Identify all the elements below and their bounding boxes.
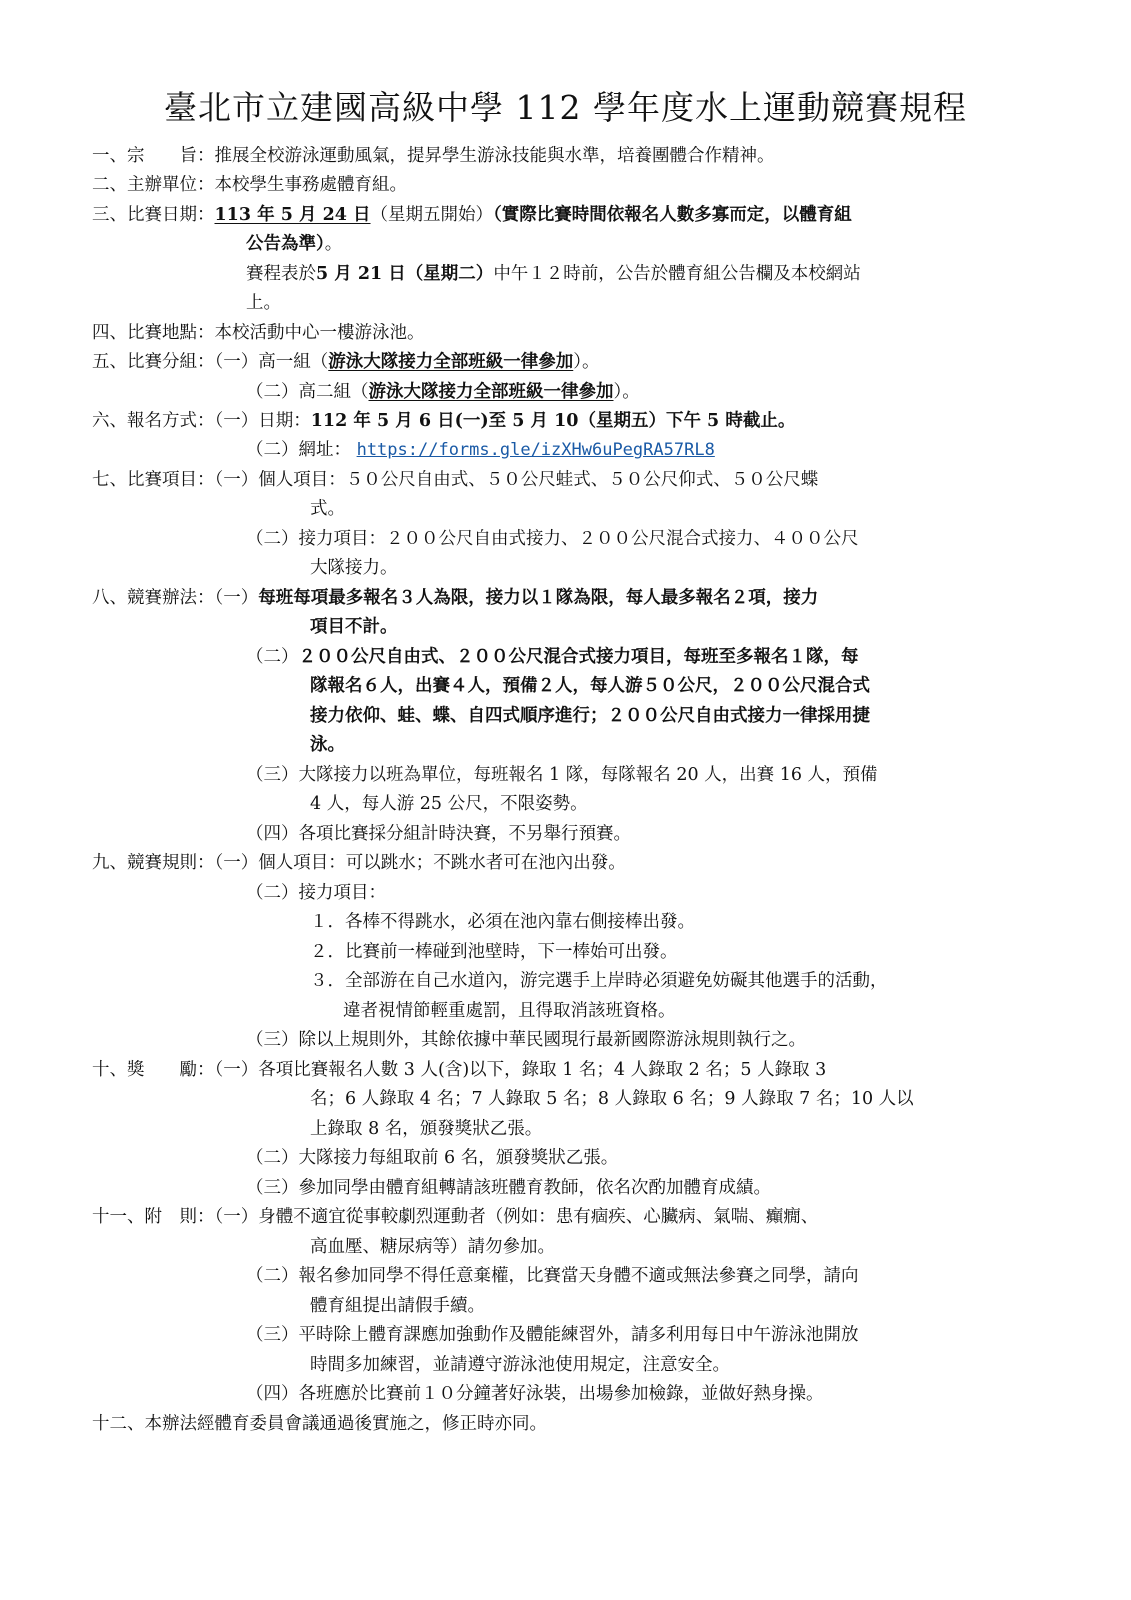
item-index: （三） — [246, 765, 299, 785]
item-text-cont: 泳。 — [310, 735, 345, 755]
section-label: 十、獎 勵： — [92, 1060, 215, 1080]
item-text: 網址： — [299, 440, 352, 460]
section-text: 本校活動中心一樓游泳池。 — [215, 323, 425, 343]
item-text: 接力項目：２００公尺自由式接力、２００公尺混合式接力、４００公尺 — [299, 529, 859, 549]
awards-item: （二）大隊接力每組取前 6 名，頒發獎狀乙張。 — [246, 1143, 618, 1173]
section-supplementary: 十一、附 則：（一）身體不適宜從事較劇烈運動者（例如：患有痼疾、心臟病、氣喘、癲… — [92, 1202, 818, 1232]
item-text: 高二組（ — [299, 382, 369, 402]
item-text: 身體不適宜從事較劇烈運動者（例如：患有痼疾、心臟病、氣喘、癲癇、 — [258, 1207, 818, 1227]
registration-form-link[interactable]: https://forms.gle/izXHw6uPegRA57RL8 — [357, 440, 715, 460]
section-awards: 十、獎 勵：（一）各項比賽報名人數 3 人(含)以下，錄取 1 名；4 人錄取 … — [92, 1055, 826, 1085]
item-index: （一） — [215, 1060, 259, 1080]
item-text-cont: 高血壓、糖尿病等）請勿參加。 — [310, 1232, 555, 1262]
supplementary-item: （三）平時除上體育課應加強動作及體能練習外，請多利用每日中午游泳池開放 — [246, 1320, 859, 1350]
relay-rule: ２．比賽前一棒碰到池壁時，下一棒始可出發。 — [310, 937, 678, 967]
item-index: （三） — [246, 1030, 299, 1050]
item-text-cont: 上錄取 8 名，頒發獎狀乙張。 — [310, 1114, 542, 1144]
item-text: 除以上規則外，其餘依據中華民國現行最新國際游泳規則執行之。 — [299, 1030, 807, 1050]
item-text-cont: 項目不計。 — [310, 617, 398, 637]
item-index: （二） — [246, 529, 299, 549]
rule-text: ．全部游在自己水道內，游完選手上岸時必須避免妨礙其他選手的活動， — [328, 971, 888, 991]
item-index: （二） — [246, 1266, 299, 1286]
rule-text: ．各棒不得跳水，必須在池內靠右側接棒出發。 — [328, 912, 696, 932]
punctuation: ）。 — [573, 352, 599, 372]
item-text: 各班應於比賽前１０分鐘著好泳裝，出場參加檢錄，並做好熱身操。 — [299, 1384, 824, 1404]
item-text-cont: 隊報名６人，出賽４人，預備２人，每人游５０公尺，２００公尺混合式 — [310, 676, 870, 696]
item-index: （一） — [215, 853, 259, 873]
method-item: （四）各項比賽採分組計時決賽，不另舉行預賽。 — [246, 819, 631, 849]
item-text: 個人項目：５０公尺自由式、５０公尺蛙式、５０公尺仰式、５０公尺蝶 — [258, 470, 818, 490]
item-index: （二） — [246, 883, 299, 903]
section-label: 一、宗 旨： — [92, 146, 215, 166]
rule-number: ２ — [310, 942, 328, 962]
section-closing: 十二、本辦法經體育委員會議通過後實施之，修正時亦同。 — [92, 1409, 547, 1439]
item-index: （一） — [215, 588, 259, 608]
item-index: （三） — [246, 1325, 299, 1345]
section-date: 三、比賽日期：113 年 5 月 24 日（星期五開始）（實際比賽時間依報名人數… — [92, 200, 852, 230]
competition-date: 113 年 5 月 24 日 — [215, 205, 371, 225]
section-date-cont: 公告為準）。 — [246, 229, 342, 259]
section-text: 推展全校游泳運動風氣，提昇學生游泳技能與水準，培養團體合作精神。 — [215, 146, 775, 166]
item-text: 各項比賽報名人數 3 人(含)以下，錄取 1 名；4 人錄取 2 名；5 人錄取… — [258, 1060, 826, 1080]
rule-text: ．比賽前一棒碰到池壁時，下一棒始可出發。 — [328, 942, 678, 962]
section-label: 九、競賽規則： — [92, 853, 215, 873]
method-item: （二）２００公尺自由式、２００公尺混合式接力項目，每班至多報名１隊，每 — [246, 642, 859, 672]
section-method: 八、競賽辦法：（一）每班每項最多報名３人為限，接力以１隊為限，每人最多報名２項，… — [92, 583, 818, 613]
date-bold-note-2: 公告為準） — [246, 234, 325, 254]
section-venue: 四、比賽地點：本校活動中心一樓游泳池。 — [92, 318, 425, 348]
section-label: 六、報名方式： — [92, 411, 215, 431]
supplementary-item: （二）報名參加同學不得任意棄權，比賽當天身體不適或無法參賽之同學，請向 — [246, 1261, 859, 1291]
item-text-cont: 名；6 人錄取 4 名；7 人錄取 5 名；8 人錄取 6 名；9 人錄取 7 … — [310, 1084, 914, 1114]
item-index: （二） — [246, 382, 299, 402]
rule-text-cont: 違者視情節輕重處罰，且得取消該班資格。 — [343, 996, 676, 1026]
group-item: （二）高二組（游泳大隊接力全部班級一律參加）。 — [246, 377, 640, 407]
item-index: （四） — [246, 1384, 299, 1404]
registration-link-row: （二）網址： https://forms.gle/izXHw6uPegRA57R… — [246, 435, 715, 465]
method-item: （三）大隊接力以班為單位，每班報名 1 隊，每隊報名 20 人，出賽 16 人，… — [246, 760, 878, 790]
section-text: 本校學生事務處體育組。 — [215, 175, 408, 195]
item-text-cont: 體育組提出請假手續。 — [310, 1291, 485, 1321]
section-events: 七、比賽項目：（一）個人項目：５０公尺自由式、５０公尺蛙式、５０公尺仰式、５０公… — [92, 465, 818, 495]
item-text: 平時除上體育課應加強動作及體能練習外，請多利用每日中午游泳池開放 — [299, 1325, 859, 1345]
item-index: （二） — [246, 440, 299, 460]
item-text: 每班每項最多報名３人為限，接力以１隊為限，每人最多報名２項，接力 — [258, 588, 818, 608]
section-label: 四、比賽地點： — [92, 323, 215, 343]
item-text: 個人項目：可以跳水；不跳水者可在池內出發。 — [258, 853, 626, 873]
section-purpose: 一、宗 旨：推展全校游泳運動風氣，提昇學生游泳技能與水準，培養團體合作精神。 — [92, 141, 775, 171]
section-label: 二、主辦單位： — [92, 175, 215, 195]
item-text: 各項比賽採分組計時決賽，不另舉行預賽。 — [299, 824, 632, 844]
item-emphasis: 游泳大隊接力全部班級一律參加 — [369, 382, 614, 402]
section-label: 三、比賽日期： — [92, 205, 215, 225]
item-index: （三） — [246, 1178, 299, 1198]
section-label: 五、比賽分組： — [92, 352, 215, 372]
schedule-note: 賽程表於5 月 21 日（星期二）中午１２時前，公告於體育組公告欄及本校網站 — [246, 259, 861, 289]
item-index: （一） — [215, 470, 259, 490]
item-text-cont: 式。 — [310, 494, 345, 524]
section-rules: 九、競賽規則：（一）個人項目：可以跳水；不跳水者可在池內出發。 — [92, 848, 626, 878]
rule-number: ３ — [310, 971, 328, 991]
item-text-cont: 4 人，每人游 25 公尺，不限姿勢。 — [310, 789, 588, 819]
awards-item: （三）參加同學由體育組轉請該班體育教師，依名次酌加體育成績。 — [246, 1173, 771, 1203]
item-index: （一） — [215, 1207, 259, 1227]
item-text: 接力項目： — [299, 883, 387, 903]
date-note: （星期五開始） — [371, 205, 494, 225]
section-label: 七、比賽項目： — [92, 470, 215, 490]
rules-item: （三）除以上規則外，其餘依據中華民國現行最新國際游泳規則執行之。 — [246, 1025, 806, 1055]
relay-rule: １．各棒不得跳水，必須在池內靠右側接棒出發。 — [310, 907, 695, 937]
item-emphasis: 游泳大隊接力全部班級一律參加 — [328, 352, 573, 372]
item-text: 參加同學由體育組轉請該班體育教師，依名次酌加體育成績。 — [299, 1178, 772, 1198]
registration-dates: 112 年 5 月 6 日(一)至 5 月 10（星期五）下午 5 時截止。 — [311, 411, 796, 431]
punctuation: ）。 — [614, 382, 640, 402]
event-item: （二）接力項目：２００公尺自由式接力、２００公尺混合式接力、４００公尺 — [246, 524, 859, 554]
schedule-note-cont: 上。 — [246, 288, 281, 318]
section-label: 十一、附 則： — [92, 1207, 215, 1227]
item-index: （一） — [215, 352, 259, 372]
item-text: 大隊接力以班為單位，每班報名 1 隊，每隊報名 20 人，出賽 16 人，預備 — [299, 765, 878, 785]
item-index: （一） — [215, 411, 259, 431]
punctuation: 。 — [325, 234, 343, 254]
relay-rule: ３．全部游在自己水道內，游完選手上岸時必須避免妨礙其他選手的活動， — [310, 966, 888, 996]
section-label: 八、競賽辦法： — [92, 588, 215, 608]
schedule-date: 5 月 21 日（星期二） — [316, 264, 493, 284]
supplementary-item: （四）各班應於比賽前１０分鐘著好泳裝，出場參加檢錄，並做好熱身操。 — [246, 1379, 824, 1409]
schedule-post: 中午１２時前，公告於體育組公告欄及本校網站 — [493, 264, 861, 284]
item-index: （二） — [246, 647, 299, 667]
item-index: （四） — [246, 824, 299, 844]
item-text-cont: 時間多加練習，並請遵守游泳池使用規定，注意安全。 — [310, 1350, 730, 1380]
date-bold-note: （實際比賽時間依報名人數多寡而定，以體育組 — [493, 205, 852, 225]
item-text: ２００公尺自由式、２００公尺混合式接力項目，每班至多報名１隊，每 — [299, 647, 859, 667]
schedule-pre: 賽程表於 — [246, 264, 316, 284]
section-organizer: 二、主辦單位：本校學生事務處體育組。 — [92, 170, 407, 200]
item-text: 大隊接力每組取前 6 名，頒發獎狀乙張。 — [299, 1148, 619, 1168]
item-text: 日期： — [258, 411, 311, 431]
rule-number: １ — [310, 912, 328, 932]
item-text: 高一組（ — [258, 352, 328, 372]
section-registration: 六、報名方式：（一）日期：112 年 5 月 6 日(一)至 5 月 10（星期… — [92, 406, 795, 436]
rules-item: （二）接力項目： — [246, 878, 386, 908]
item-text-cont: 接力依仰、蛙、蝶、自四式順序進行；２００公尺自由式接力一律採用捷 — [310, 706, 870, 726]
page-title: 臺北市立建國高級中學 112 學年度水上運動競賽規程 — [0, 82, 1131, 129]
item-text: 報名參加同學不得任意棄權，比賽當天身體不適或無法參賽之同學，請向 — [299, 1266, 859, 1286]
item-index: （二） — [246, 1148, 299, 1168]
section-groups: 五、比賽分組：（一）高一組（游泳大隊接力全部班級一律參加）。 — [92, 347, 600, 377]
item-text-cont: 大隊接力。 — [310, 553, 398, 583]
